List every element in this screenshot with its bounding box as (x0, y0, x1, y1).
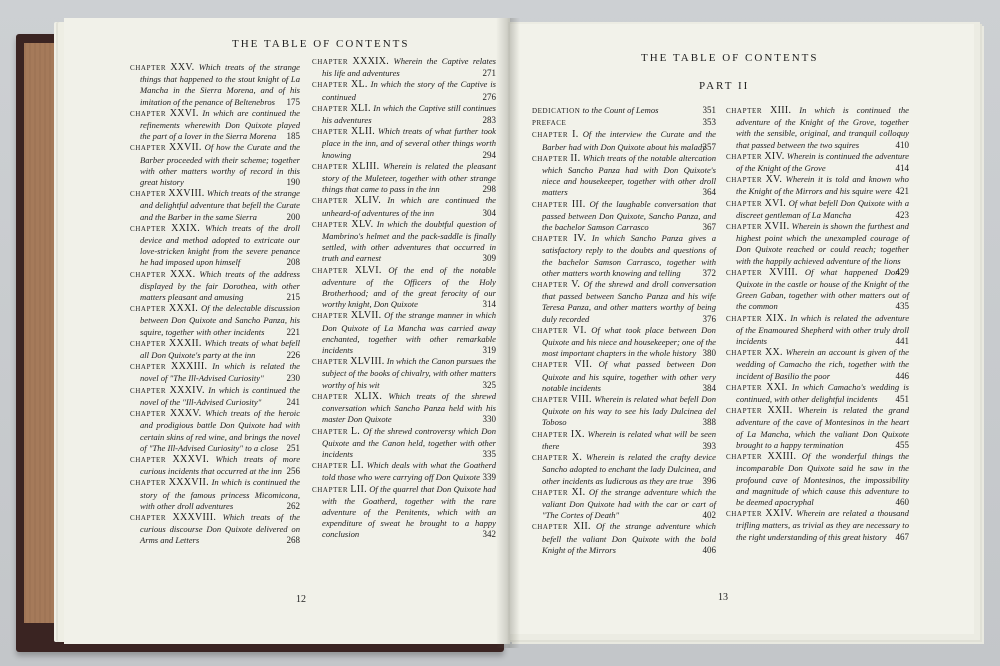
chapter-title: Of the shrewd controversy which Don Quix… (322, 426, 496, 459)
toc-entry: CHAPTER VI. Of what took place between D… (532, 325, 716, 360)
page-number: 208 (297, 257, 301, 268)
chapter-number: XXXVII. (169, 477, 209, 488)
entry-label: CHAPTER (532, 235, 568, 243)
chapter-title: Wherein an account is given of the weddi… (736, 347, 909, 380)
chapter-number: XXVII. (169, 142, 202, 153)
chapter-number: XX. (765, 347, 783, 358)
entry-label: CHAPTER (726, 407, 762, 415)
chapter-number: XXXIV. (170, 385, 205, 396)
chapter-title: In which Camacho's wedding is continued,… (736, 382, 909, 404)
entry-label: CHAPTER (532, 155, 568, 163)
entry-label: CHAPTER (130, 514, 166, 522)
entry-label: CHAPTER (312, 462, 348, 470)
chapter-number: XVI. (765, 198, 786, 209)
entry-label: CHAPTER (312, 197, 348, 205)
chapter-title: Wherein it is told and known who the Kni… (736, 174, 909, 196)
entry-label: CHAPTER (130, 305, 166, 313)
page-number: 262 (297, 501, 301, 512)
book-gutter (496, 18, 520, 648)
chapter-number: XVII. (764, 221, 789, 232)
toc-entry: CHAPTER XL. In which the story of the Ca… (312, 79, 496, 102)
chapter-number: VIII. (571, 394, 592, 405)
toc-entry: CHAPTER X. Wherein is related the crafty… (532, 452, 716, 487)
page-number: 380 (713, 348, 717, 359)
toc-entry: CHAPTER XXXVII. In which is continued th… (130, 477, 300, 512)
chapter-number: XXV. (170, 62, 194, 73)
entry-label: CHAPTER (726, 384, 762, 392)
entry-label: CHAPTER (726, 269, 762, 277)
chapter-number: XIV. (764, 151, 784, 162)
entry-label: CHAPTER (726, 176, 762, 184)
toc-entry: CHAPTER XLVIII. In which the Canon pursu… (312, 356, 496, 391)
toc-entry: CHAPTER XLV. In which the doubtful quest… (312, 219, 496, 265)
page-number: 384 (713, 383, 717, 394)
chapter-number: LI. (351, 460, 364, 471)
toc-entry: CHAPTER XII. Of the strange adventure wh… (532, 521, 716, 556)
toc-entry: CHAPTER XXXVIII. Which treats of the cur… (130, 512, 300, 547)
page-number: 455 (906, 440, 910, 451)
page-number: 353 (713, 117, 717, 128)
entry-label: CHAPTER (312, 128, 348, 136)
chapter-number: XLI. (351, 103, 371, 114)
page-number: 221 (297, 327, 301, 338)
entry-label: CHAPTER (130, 225, 166, 233)
right-column-1: DEDICATION to the Count of Lemos351PREFA… (532, 105, 716, 556)
page-number: 451 (906, 394, 910, 405)
chapter-number: XXI. (766, 382, 787, 393)
page-number: 309 (493, 253, 497, 264)
entry-label: CHAPTER (532, 523, 568, 531)
toc-entry: CHAPTER XV. Wherein it is told and known… (726, 174, 909, 197)
page-number: 441 (906, 336, 910, 347)
chapter-number: III. (572, 199, 586, 210)
page-number: 339 (493, 472, 497, 483)
left-column-1: CHAPTER XXV. Which treats of the strange… (130, 62, 300, 547)
toc-entry: CHAPTER XX. Wherein an account is given … (726, 347, 909, 382)
chapter-title: In which the Captive still continues his… (322, 103, 496, 125)
page-number: 230 (297, 373, 301, 384)
chapter-number: XLIX. (354, 391, 382, 402)
chapter-number: XXX. (170, 269, 195, 280)
chapter-number: XXXIX. (353, 56, 390, 67)
entry-label: CHAPTER (312, 105, 348, 113)
page-number: 325 (493, 380, 497, 391)
chapter-title: Wherein is continued the adventure of th… (736, 151, 909, 173)
entry-label: DEDICATION (532, 107, 580, 115)
entry-label: CHAPTER (726, 349, 762, 357)
page-number: 271 (493, 68, 497, 79)
chapter-number: XXXI. (169, 303, 198, 314)
page-number: 406 (713, 545, 717, 556)
right-folio: 13 (718, 592, 728, 603)
toc-entry: CHAPTER XXXIV. In which is continued the… (130, 385, 300, 408)
chapter-title: In which Sancho Panza gives a satisfacto… (542, 233, 716, 278)
page-number: 304 (493, 208, 497, 219)
chapter-number: XL. (351, 79, 368, 90)
chapter-number: XLII. (351, 126, 375, 137)
chapter-title: Of what took place between Don Quixote a… (542, 325, 716, 358)
chapter-number: XXII. (767, 405, 792, 416)
page-number: 294 (493, 150, 497, 161)
chapter-title: Of what happened Don Quixote in the cast… (736, 267, 909, 312)
page-number: 435 (906, 301, 910, 312)
left-running-head: THE TABLE OF CONTENTS (232, 38, 410, 50)
toc-entry: CHAPTER XXVI. In which are continued the… (130, 108, 300, 143)
toc-entry: CHAPTER XXXII. Which treats of what befe… (130, 338, 300, 361)
entry-label: CHAPTER (312, 312, 348, 320)
toc-entry: CHAPTER XVI. Of what befell Don Quixote … (726, 198, 909, 221)
chapter-title: Of the shrewd and droll conversation tha… (542, 279, 716, 324)
toc-entry: CHAPTER IX. Wherein is related what will… (532, 429, 716, 452)
entry-label: PREFACE (532, 119, 566, 127)
entry-label: CHAPTER (130, 340, 166, 348)
chapter-title: In which the story of the Captive is con… (322, 79, 496, 101)
chapter-number: XI. (572, 487, 586, 498)
entry-label: CHAPTER (726, 315, 762, 323)
left-column-2: CHAPTER XXXIX. Wherein the Captive relat… (312, 56, 496, 541)
page-number: 175 (297, 97, 301, 108)
toc-entry: CHAPTER XVIII. Of what happened Don Quix… (726, 267, 909, 313)
chapter-title: Which treats of the shrewd conversation … (322, 391, 496, 424)
chapter-number: XXVIII. (168, 188, 204, 199)
chapter-number: XLVI. (355, 265, 382, 276)
entry-label: CHAPTER (312, 486, 348, 494)
page-number: 226 (297, 350, 301, 361)
chapter-title: Wherein is related the crafty device San… (542, 452, 716, 485)
toc-entry: CHAPTER XXX. Which treats of the address… (130, 269, 300, 304)
page-number: 342 (493, 529, 497, 540)
entry-label: CHAPTER (726, 223, 762, 231)
chapter-number: VI. (573, 325, 587, 336)
page-number: 393 (713, 441, 717, 452)
entry-label: CHAPTER (532, 327, 568, 335)
chapter-title: Wherein is related the pleasant story of… (322, 161, 496, 194)
page-number: 423 (906, 210, 910, 221)
chapter-title: Wherein is related the grand adventure o… (736, 405, 909, 450)
page-number: 330 (493, 414, 497, 425)
toc-entry: CHAPTER VIII. Wherein is related what be… (532, 394, 716, 429)
chapter-title: Of the quarrel that Don Quixote had with… (322, 484, 496, 540)
chapter-number: IX. (571, 429, 585, 440)
entry-label: CHAPTER (312, 163, 348, 171)
chapter-title: Which deals with what the Goatherd told … (322, 460, 496, 482)
toc-entry: CHAPTER XIX. In which is related the adv… (726, 313, 909, 348)
toc-entry: CHAPTER XLVII. Of the strange manner in … (312, 310, 496, 356)
chapter-title: Of the end of the notable adventure of t… (322, 265, 496, 310)
entry-label: CHAPTER (532, 131, 568, 139)
chapter-number: IV. (574, 233, 587, 244)
chapter-number: XXXVIII. (172, 512, 216, 523)
entry-label: CHAPTER (130, 387, 166, 395)
toc-entry: CHAPTER XLIII. Wherein is related the pl… (312, 161, 496, 196)
chapter-title: Wherein is related what will be seen the… (542, 429, 716, 451)
entry-label: CHAPTER (130, 144, 166, 152)
chapter-title: Wherein the Captive relates his life and… (322, 56, 496, 78)
chapter-title: Of the laughable conversation that passe… (542, 199, 716, 232)
page-number: 357 (713, 142, 717, 153)
toc-entry: CHAPTER LII. Of the quarrel that Don Qui… (312, 484, 496, 541)
right-running-head: THE TABLE OF CONTENTS (641, 52, 819, 64)
entry-label: CHAPTER (726, 453, 762, 461)
page-number: 376 (713, 314, 717, 325)
chapter-title: In which the doubtful question of Mambri… (322, 219, 496, 264)
chapter-number: XLIII. (352, 161, 380, 172)
toc-entry: CHAPTER XLVI. Of the end of the notable … (312, 265, 496, 311)
chapter-number: XXXV. (170, 408, 202, 419)
entry-label: CHAPTER (532, 489, 568, 497)
chapter-number: XV. (766, 174, 783, 185)
page-number: 185 (297, 131, 301, 142)
page-number: 251 (297, 443, 301, 454)
toc-entry: CHAPTER XXXVI. Which treats of more curi… (130, 454, 300, 477)
entry-label: CHAPTER (726, 107, 762, 115)
chapter-number: XXIII. (768, 451, 797, 462)
chapter-number: XVIII. (769, 267, 798, 278)
chapter-title: Of the wonderful things the incomparable… (736, 451, 909, 507)
chapter-title: In which is related the adventure of the… (736, 313, 909, 346)
chapter-title: to the Count of Lemos (583, 105, 659, 115)
chapter-number: XLIV. (354, 195, 381, 206)
chapter-number: XIX. (765, 313, 786, 324)
chapter-number: XXIV. (765, 508, 793, 519)
chapter-title: Which treats of what further took place … (322, 126, 496, 159)
chapter-title: Of the strange adventure which befell th… (542, 521, 716, 554)
entry-label: CHAPTER (312, 267, 348, 275)
entry-label: CHAPTER (130, 64, 166, 72)
page-number: 190 (297, 177, 301, 188)
left-folio: 12 (296, 594, 306, 605)
chapter-number: V. (571, 279, 580, 290)
toc-entry: CHAPTER XXII. Wherein is related the gra… (726, 405, 909, 451)
toc-entry: CHAPTER XLII. Which treats of what furth… (312, 126, 496, 161)
chapter-number: X. (572, 452, 582, 463)
page-number: 421 (906, 186, 910, 197)
entry-label: CHAPTER (532, 396, 568, 404)
page-number: 410 (906, 140, 910, 151)
chapter-title: Of what passed between Don Quixote and h… (542, 359, 716, 392)
chapter-number: XXXVI. (173, 454, 210, 465)
entry-label: CHAPTER (532, 431, 568, 439)
toc-entry: CHAPTER XLIX. Which treats of the shrewd… (312, 391, 496, 426)
entry-label: CHAPTER (130, 271, 166, 279)
toc-entry: CHAPTER XXIX. Which treats of the droll … (130, 223, 300, 269)
entry-label: CHAPTER (130, 479, 166, 487)
toc-entry: CHAPTER XXXIX. Wherein the Captive relat… (312, 56, 496, 79)
chapter-title: Of what befell Don Quixote with a discre… (736, 198, 909, 220)
page-number: 215 (297, 292, 301, 303)
entry-label: CHAPTER (130, 456, 166, 464)
chapter-title: Of the strange adventure which the valia… (542, 487, 716, 520)
toc-entry: DEDICATION to the Count of Lemos351 (532, 105, 716, 117)
chapter-title: Wherein is shown the furthest and highes… (736, 221, 909, 266)
page-number: 241 (297, 397, 301, 408)
page-number: 414 (906, 163, 910, 174)
chapter-number: I. (572, 129, 578, 140)
toc-entry: CHAPTER XXV. Which treats of the strange… (130, 62, 300, 108)
toc-entry: CHAPTER XLIV. In which are continued the… (312, 195, 496, 218)
page-number: 298 (493, 184, 497, 195)
page-number: 396 (713, 476, 717, 487)
toc-entry: CHAPTER LI. Which deals with what the Go… (312, 460, 496, 483)
chapter-number: XLVIII. (350, 356, 384, 367)
page-number: 372 (713, 268, 717, 279)
entry-label: CHAPTER (726, 200, 762, 208)
chapter-number: XXIX. (171, 223, 200, 234)
page-number: 268 (297, 535, 301, 546)
entry-label: CHAPTER (726, 153, 762, 161)
toc-entry: CHAPTER XXXI. Of the delectable discussi… (130, 303, 300, 338)
page-number: 276 (493, 92, 497, 103)
chapter-number: L. (351, 426, 360, 437)
chapter-number: XLV. (351, 219, 373, 230)
chapter-title: In which the Canon pursues the subject o… (322, 356, 496, 389)
toc-entry: CHAPTER XXI. In which Camacho's wedding … (726, 382, 909, 405)
entry-label: CHAPTER (532, 281, 568, 289)
entry-label: CHAPTER (130, 190, 166, 198)
page-number: 200 (297, 212, 301, 223)
toc-entry: CHAPTER XIV. Wherein is continued the ad… (726, 151, 909, 174)
page-number: 256 (297, 466, 301, 477)
toc-entry: CHAPTER XXIV. Wherein are related a thou… (726, 508, 909, 543)
chapter-title: In which are continued the unheard-of ad… (322, 195, 496, 217)
toc-entry: CHAPTER XVII. Wherein is shown the furth… (726, 221, 909, 267)
chapter-number: XXXIII. (171, 361, 207, 372)
toc-entry: CHAPTER I. Of the interview the Curate a… (532, 129, 716, 152)
entry-label: CHAPTER (130, 363, 166, 371)
page-number: 388 (713, 417, 717, 428)
chapter-number: XII. (573, 521, 591, 532)
toc-entry: CHAPTER II. Which treats of the notable … (532, 153, 716, 199)
toc-entry: CHAPTER XXXV. Which treats of the heroic… (130, 408, 300, 454)
page-number: 283 (493, 115, 497, 126)
toc-entry: CHAPTER XXXIII. In which is related the … (130, 361, 300, 384)
page-number: 460 (906, 497, 910, 508)
toc-entry: CHAPTER III. Of the laughable conversati… (532, 199, 716, 234)
entry-label: CHAPTER (130, 410, 166, 418)
chapter-number: VII. (575, 359, 593, 370)
entry-label: CHAPTER (312, 428, 348, 436)
page-number: 319 (493, 345, 497, 356)
page-number: 402 (713, 510, 717, 521)
toc-entry: CHAPTER V. Of the shrewd and droll conve… (532, 279, 716, 325)
chapter-number: XIII. (770, 105, 791, 116)
chapter-title: Of the interview the Curate and the Barb… (542, 129, 716, 151)
chapter-number: XLVII. (351, 310, 382, 321)
chapter-title: Wherein is related what befell Don Quixo… (542, 394, 716, 427)
entry-label: CHAPTER (312, 81, 348, 89)
chapter-number: II. (570, 153, 580, 164)
entry-label: CHAPTER (532, 454, 568, 462)
toc-entry: CHAPTER XXVIII. Which treats of the stra… (130, 188, 300, 223)
chapter-title: Which treats of the notable altercation … (542, 153, 716, 198)
page-number: 367 (713, 222, 717, 233)
chapter-title: Of the strange manner in which Don Quixo… (322, 310, 496, 355)
entry-label: CHAPTER (312, 58, 348, 66)
toc-entry: CHAPTER XI. Of the strange adventure whi… (532, 487, 716, 522)
page-number: 446 (906, 371, 910, 382)
entry-label: CHAPTER (726, 510, 762, 518)
toc-entry: CHAPTER XIII. In which is continued the … (726, 105, 909, 151)
chapter-number: LII. (350, 484, 366, 495)
page-number: 314 (493, 299, 497, 310)
entry-label: CHAPTER (130, 110, 166, 118)
toc-entry: CHAPTER L. Of the shrewd controversy whi… (312, 426, 496, 461)
toc-entry: CHAPTER VII. Of what passed between Don … (532, 359, 716, 394)
toc-entry: CHAPTER XLI. In which the Captive still … (312, 103, 496, 126)
page-number: 335 (493, 449, 497, 460)
chapter-title: Wherein are related a thousand trifling … (736, 508, 909, 541)
entry-label: CHAPTER (532, 201, 568, 209)
right-column-2: CHAPTER XIII. In which is continued the … (726, 105, 909, 543)
part-heading: PART II (699, 80, 749, 92)
entry-label: CHAPTER (312, 358, 348, 366)
entry-label: CHAPTER (312, 393, 348, 401)
chapter-title: In which is continued the adventure of t… (736, 105, 909, 150)
toc-entry: CHAPTER XXVII. Of how the Curate and the… (130, 142, 300, 188)
page-number: 364 (713, 187, 717, 198)
entry-label: CHAPTER (532, 361, 568, 369)
page-number: 467 (906, 532, 910, 543)
toc-entry: CHAPTER XXIII. Of the wonderful things t… (726, 451, 909, 508)
entry-label: CHAPTER (312, 221, 348, 229)
chapter-number: XXXII. (169, 338, 202, 349)
chapter-number: XXVI. (170, 108, 199, 119)
toc-entry: PREFACE353 (532, 117, 716, 129)
page-number: 351 (713, 105, 717, 116)
toc-entry: CHAPTER IV. In which Sancho Panza gives … (532, 233, 716, 279)
